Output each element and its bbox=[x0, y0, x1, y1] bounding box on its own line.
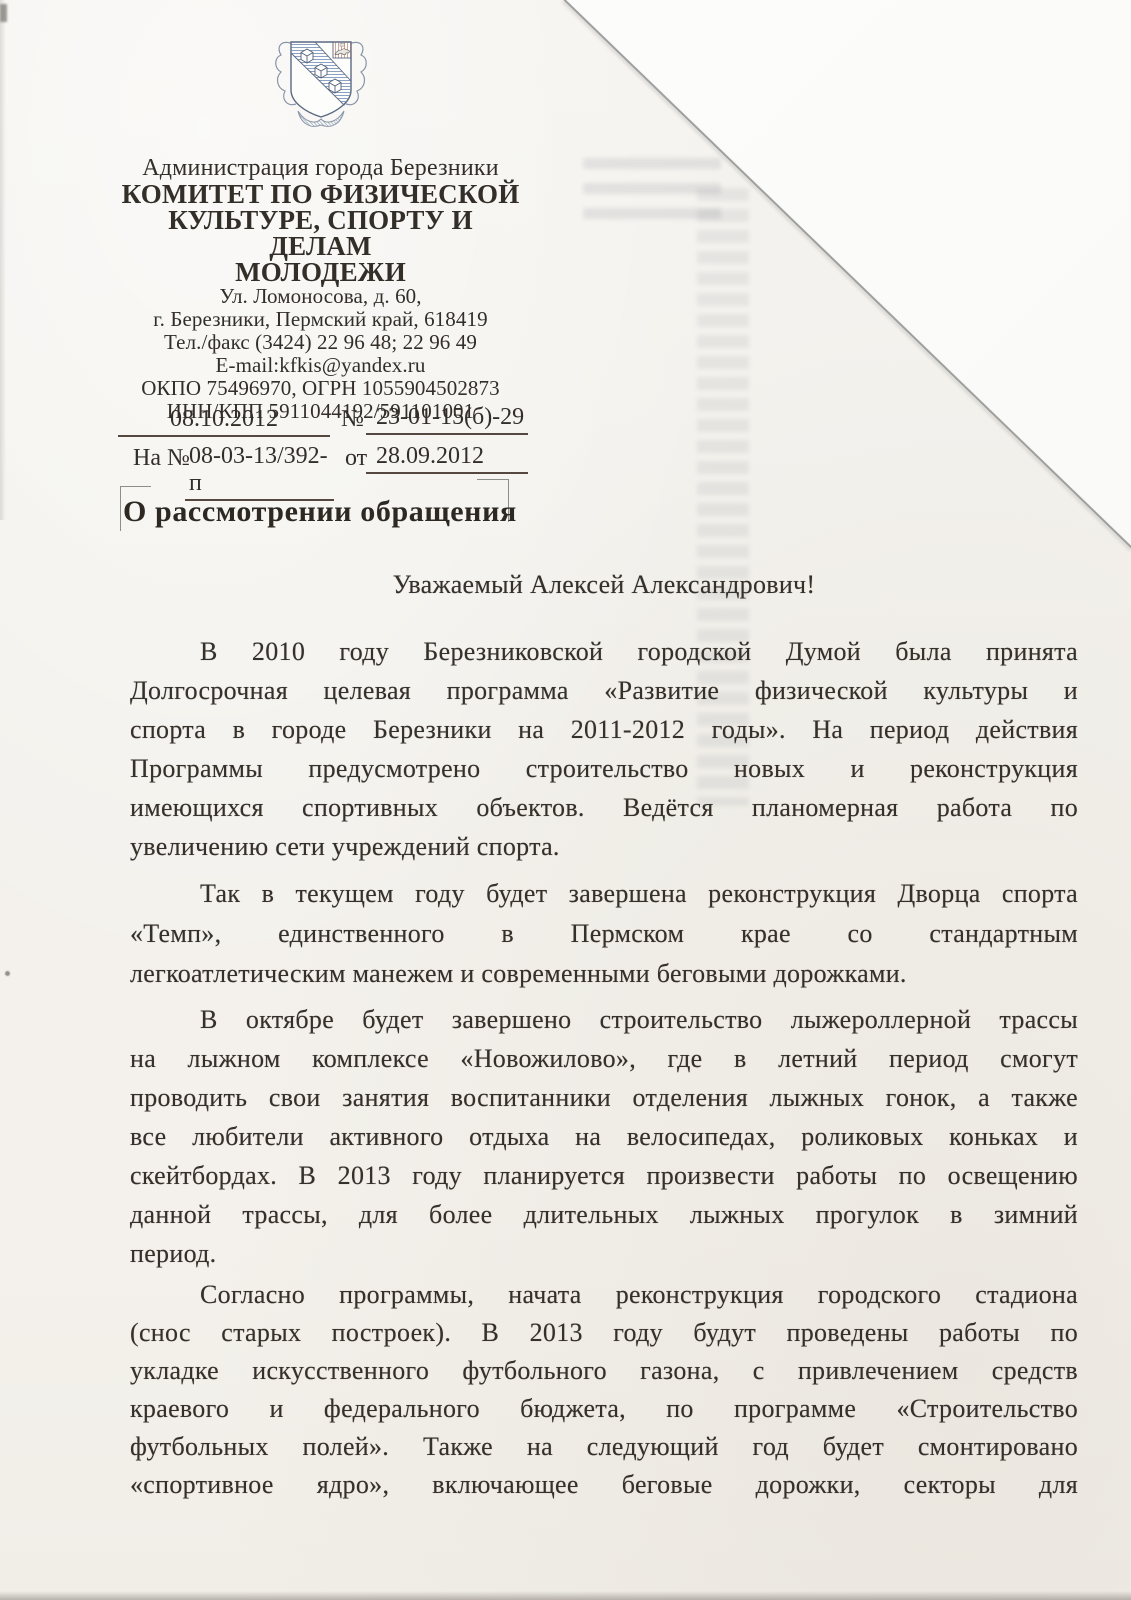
address-phone: Тел./факс (3424) 22 96 48; 22 96 49 bbox=[118, 331, 523, 354]
paragraph-3: В октябре будет завершено строительство … bbox=[130, 1000, 1078, 1273]
body-line: футбольных полей». Также на следующий го… bbox=[130, 1428, 1078, 1466]
body-line: Так в текущем году будет завершена рекон… bbox=[130, 874, 1078, 914]
org-name-line-1: КОМИТЕТ ПО ФИЗИЧЕСКОЙ bbox=[118, 181, 523, 207]
address-street: Ул. Ломоносова, д. 60, bbox=[118, 285, 523, 308]
letter-number: 23-01-15(б)-29 bbox=[366, 404, 528, 435]
letter-content: Администрация города Березники КОМИТЕТ П… bbox=[0, 0, 1131, 1600]
body-line: Программы предусмотрено строительство но… bbox=[130, 749, 1078, 788]
body-line: (снос старых построек). В 2013 году буду… bbox=[130, 1314, 1078, 1352]
reply-to-number: 08-03-13/392-п bbox=[185, 443, 334, 501]
body-line: имеющихся спортивных объектов. Ведётся п… bbox=[130, 788, 1078, 827]
body-line: «спортивное ядро», включающее беговые до… bbox=[130, 1466, 1078, 1504]
reply-to-label: На № bbox=[133, 445, 190, 472]
body-line: Согласно программы, начата реконструкция… bbox=[130, 1276, 1078, 1314]
org-administration-line: Администрация города Березники bbox=[118, 156, 523, 181]
letter-date: 08.10.2012 bbox=[118, 406, 330, 437]
body-line: В октябре будет завершено строительство … bbox=[130, 1000, 1078, 1039]
body-line: увеличению сети учреждений спорта. bbox=[130, 827, 1078, 866]
body-line: проводить свои занятия воспитанники отде… bbox=[130, 1078, 1078, 1117]
reply-to-date: 28.09.2012 bbox=[366, 443, 528, 474]
body-line: период. bbox=[130, 1234, 1078, 1273]
salutation: Уважаемый Алексей Александрович! bbox=[130, 570, 1078, 600]
from-date-label: от bbox=[345, 445, 367, 472]
letterhead: Администрация города Березники КОМИТЕТ П… bbox=[118, 34, 523, 423]
body-line: краевого и федерального бюджета, по прог… bbox=[130, 1390, 1078, 1428]
org-name-line-3: МОЛОДЕЖИ bbox=[118, 259, 523, 285]
body-line: данной трассы, для более длительных лыжн… bbox=[130, 1195, 1078, 1234]
subject-line: О рассмотрении обращения bbox=[123, 495, 517, 529]
body-line: укладке искусственного футбольного газон… bbox=[130, 1352, 1078, 1390]
paragraph-4: Согласно программы, начата реконструкция… bbox=[130, 1276, 1078, 1504]
body-line: скейтбордах. В 2013 году планируется про… bbox=[130, 1156, 1078, 1195]
body-line: Долгосрочная целевая программа «Развитие… bbox=[130, 671, 1078, 710]
address-okpo-ogrn: ОКПО 75496970, ОГРН 1055904502873 bbox=[118, 377, 523, 400]
paragraph-2: Так в текущем году будет завершена рекон… bbox=[130, 874, 1078, 994]
paragraph-1: В 2010 году Березниковской городской Дум… bbox=[130, 632, 1078, 866]
body-line: спорта в городе Березники на 2011-2012 г… bbox=[130, 710, 1078, 749]
number-sign-label: № bbox=[341, 406, 364, 433]
address-email: E-mail:kfkis@yandex.ru bbox=[118, 354, 523, 377]
body-line: В 2010 году Березниковской городской Дум… bbox=[130, 632, 1078, 671]
body-line: «Темп», единственного в Пермском крае со… bbox=[130, 914, 1078, 954]
coat-of-arms-icon bbox=[271, 34, 371, 130]
body-line: все любители активного отдыха на велосип… bbox=[130, 1117, 1078, 1156]
address-city: г. Березники, Пермский край, 618419 bbox=[118, 308, 523, 331]
scanned-letter-page: Администрация города Березники КОМИТЕТ П… bbox=[0, 0, 1131, 1600]
body-line: легкоатлетическим манежем и современными… bbox=[130, 954, 1078, 994]
org-name-line-2: КУЛЬТУРЕ, СПОРТУ И ДЕЛАМ bbox=[118, 207, 523, 259]
body-line: на лыжном комплексе «Новожилово», где в … bbox=[130, 1039, 1078, 1078]
